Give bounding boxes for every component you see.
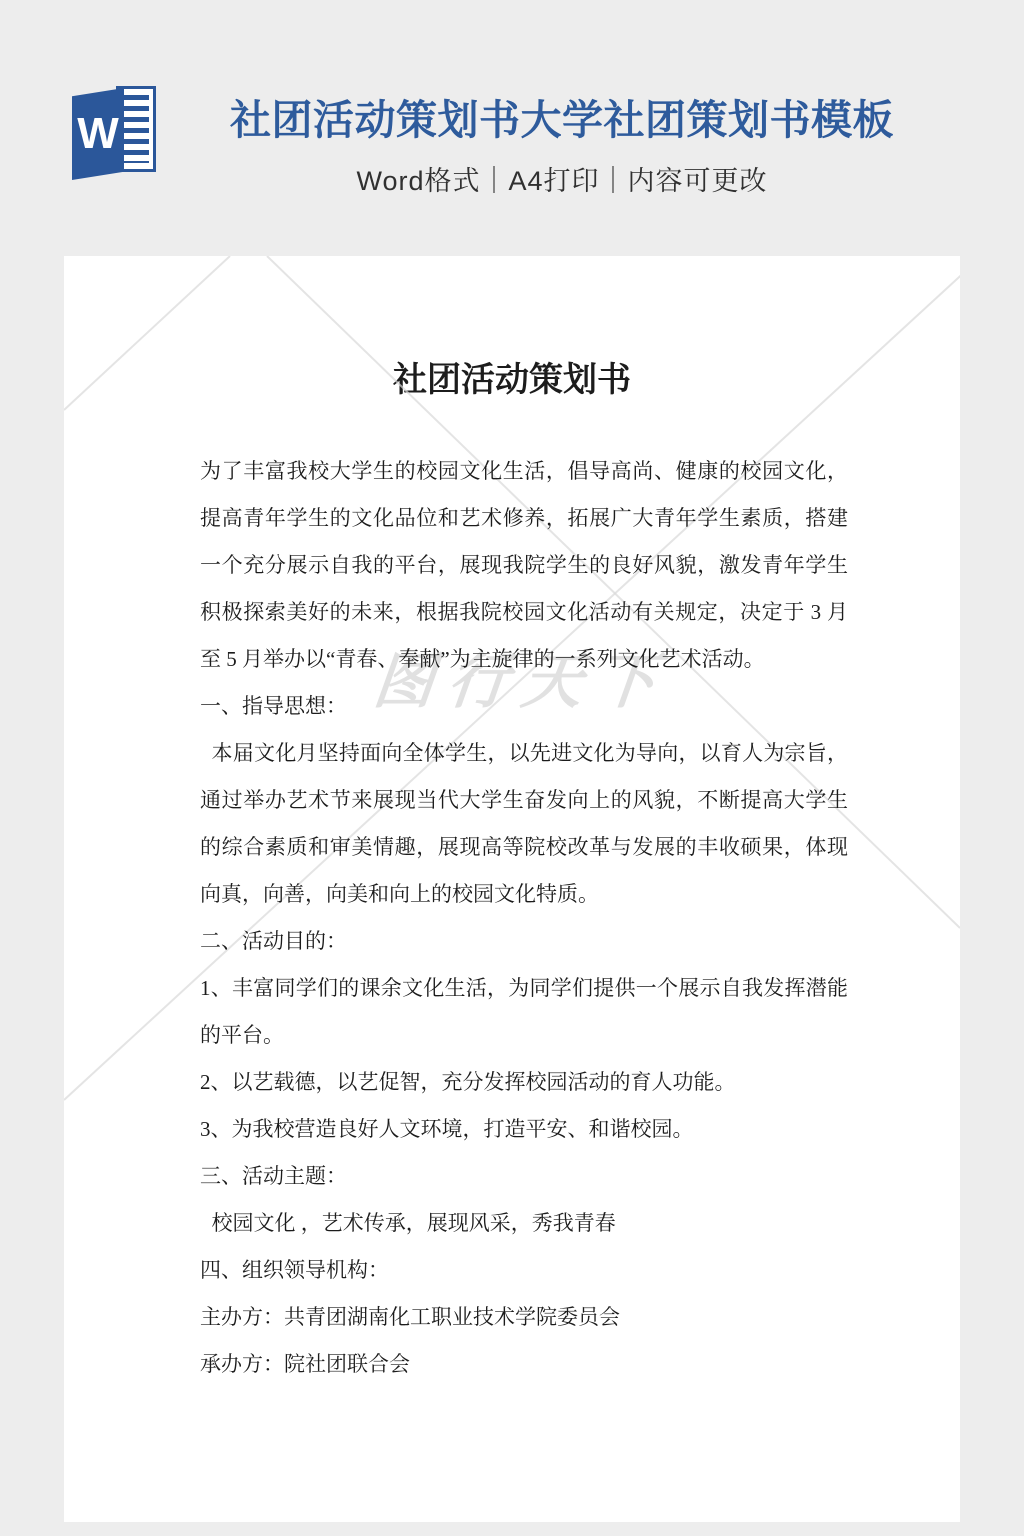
document-page: 图行天下 社团活动策划书 为了丰富我校大学生的校园文化生活，倡导高尚、健康的校园… — [64, 256, 960, 1522]
document-paragraph: 三、活动主题： — [200, 1153, 848, 1200]
document-paragraph: 二、活动目的： — [200, 918, 848, 965]
document-paragraph: 1、丰富同学们的课余文化生活，为同学们提供一个展示自我发挥潜能的平台。 — [200, 965, 848, 1059]
document-paragraph: 校园文化 ，艺术传承，展现风采，秀我青春 — [200, 1200, 848, 1247]
document-paragraph: 一、指导思想： — [200, 683, 848, 730]
document-paragraph: 3、为我校营造良好人文环境，打造平安、和谐校园。 — [200, 1106, 848, 1153]
document-paragraph: 为了丰富我校大学生的校园文化生活，倡导高尚、健康的校园文化，提高青年学生的文化品… — [200, 448, 848, 683]
document-paragraph: 承办方：院社团联合会 — [200, 1341, 848, 1388]
header-text-block: 社团活动策划书大学社团策划书模板 Word格式｜A4打印｜内容可更改 — [100, 96, 1024, 198]
document-paragraph: 本届文化月坚持面向全体学生，以先进文化为导向，以育人为宗旨，通过举办艺术节来展现… — [200, 730, 848, 918]
document-paragraph: 主办方：共青团湖南化工职业技术学院委员会 — [200, 1294, 848, 1341]
template-title: 社团活动策划书大学社团策划书模板 — [100, 96, 1024, 145]
document-title: 社团活动策划书 — [64, 256, 960, 402]
document-body: 为了丰富我校大学生的校园文化生活，倡导高尚、健康的校园文化，提高青年学生的文化品… — [64, 448, 960, 1388]
template-header: W 社团活动策划书大学社团策划书模板 Word格式｜A4打印｜内容可更改 — [0, 0, 1024, 256]
template-subtitle: Word格式｜A4打印｜内容可更改 — [100, 159, 1024, 198]
document-paragraph: 2、以艺载德，以艺促智，充分发挥校园活动的育人功能。 — [200, 1059, 848, 1106]
document-paragraph: 四、组织领导机构： — [200, 1247, 848, 1294]
